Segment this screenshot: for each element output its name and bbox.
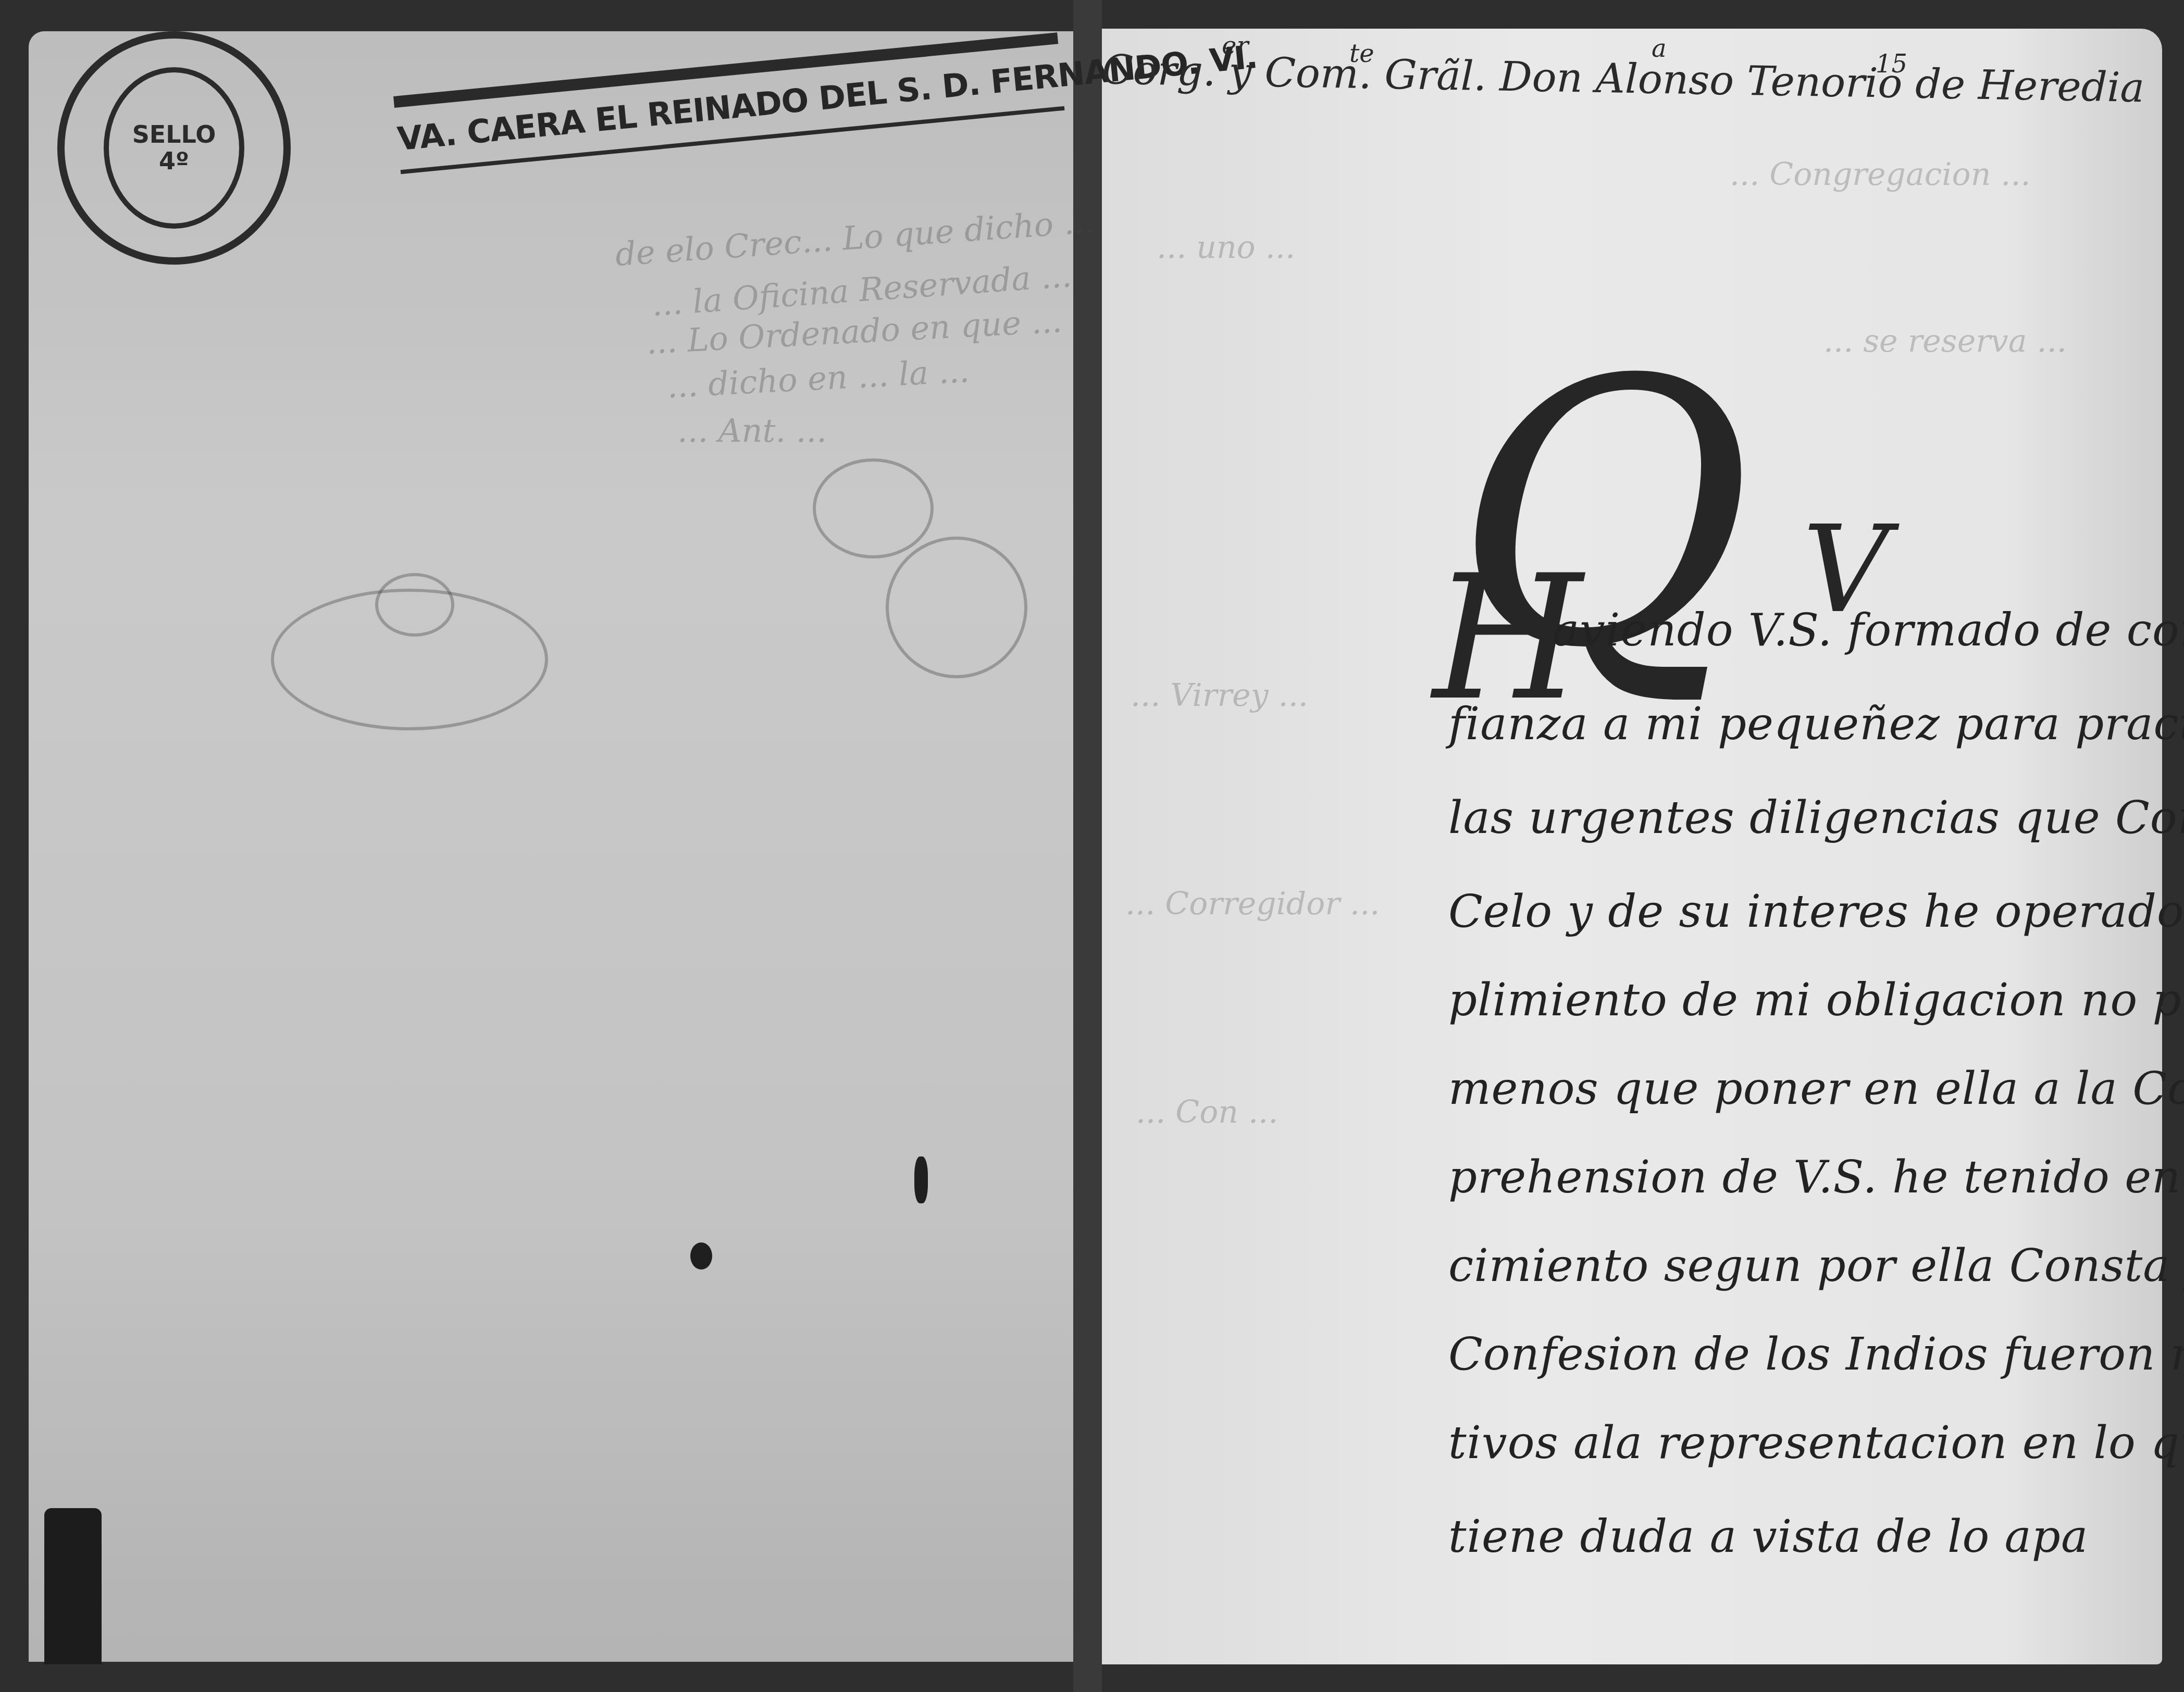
- seal-center: SELLO 4º: [104, 67, 244, 229]
- folio-mark: te: [1349, 39, 1374, 68]
- seal-center-line-1: SELLO: [132, 121, 216, 148]
- bleed-line: ... Congregacion ...: [1730, 156, 2031, 193]
- folio-mark: 15: [1876, 49, 1907, 79]
- folio-mark: a: [1652, 34, 1667, 63]
- folio-mark: er: [1222, 31, 1248, 60]
- flourish: [886, 537, 1027, 678]
- body-line: prehension de V.S. he tenido en cono: [1448, 1151, 2184, 1203]
- flourish: [813, 458, 934, 558]
- body-line: tivos ala representacion en lo que no: [1448, 1417, 2184, 1469]
- binding-tab: [44, 1508, 102, 1664]
- body-line: fianza a mi pequeñez para practicar: [1448, 698, 2184, 750]
- body-line: las urgentes diligencias que Con de nuev…: [1448, 792, 2184, 844]
- bleed-line: ... Corregidor ...: [1125, 886, 1380, 922]
- seal-center-line-2: 4º: [159, 148, 189, 175]
- ink-blot: [690, 1242, 712, 1270]
- body-line: aviendo V.S. formado de con: [1553, 604, 2184, 656]
- body-line: Celo y de su interes he operado, en cum: [1448, 886, 2184, 938]
- body-line: tiene duda a vista de lo apa: [1448, 1511, 2088, 1563]
- official-seal: SELLO 4º: [57, 31, 291, 265]
- bleed-line: ... Con ...: [1136, 1094, 1278, 1130]
- ink-blot: [914, 1156, 928, 1203]
- body-line: cimiento segun por ella Consta y la: [1448, 1240, 2184, 1292]
- body-line: plimiento de mi obligacion no puedo: [1448, 974, 2184, 1026]
- faded-line: ... Ant. ...: [677, 412, 827, 450]
- body-line: menos que poner en ella a la Comi: [1448, 1063, 2184, 1115]
- bleed-line: ... Virrey ...: [1131, 677, 1308, 714]
- book-gutter: [1073, 0, 1102, 1692]
- bleed-line: ... uno ...: [1157, 229, 1295, 266]
- flourish: [375, 573, 454, 637]
- body-line: Confesion de los Indios fueron mo: [1448, 1328, 2184, 1380]
- bleed-line: ... se reserva ...: [1823, 323, 2067, 359]
